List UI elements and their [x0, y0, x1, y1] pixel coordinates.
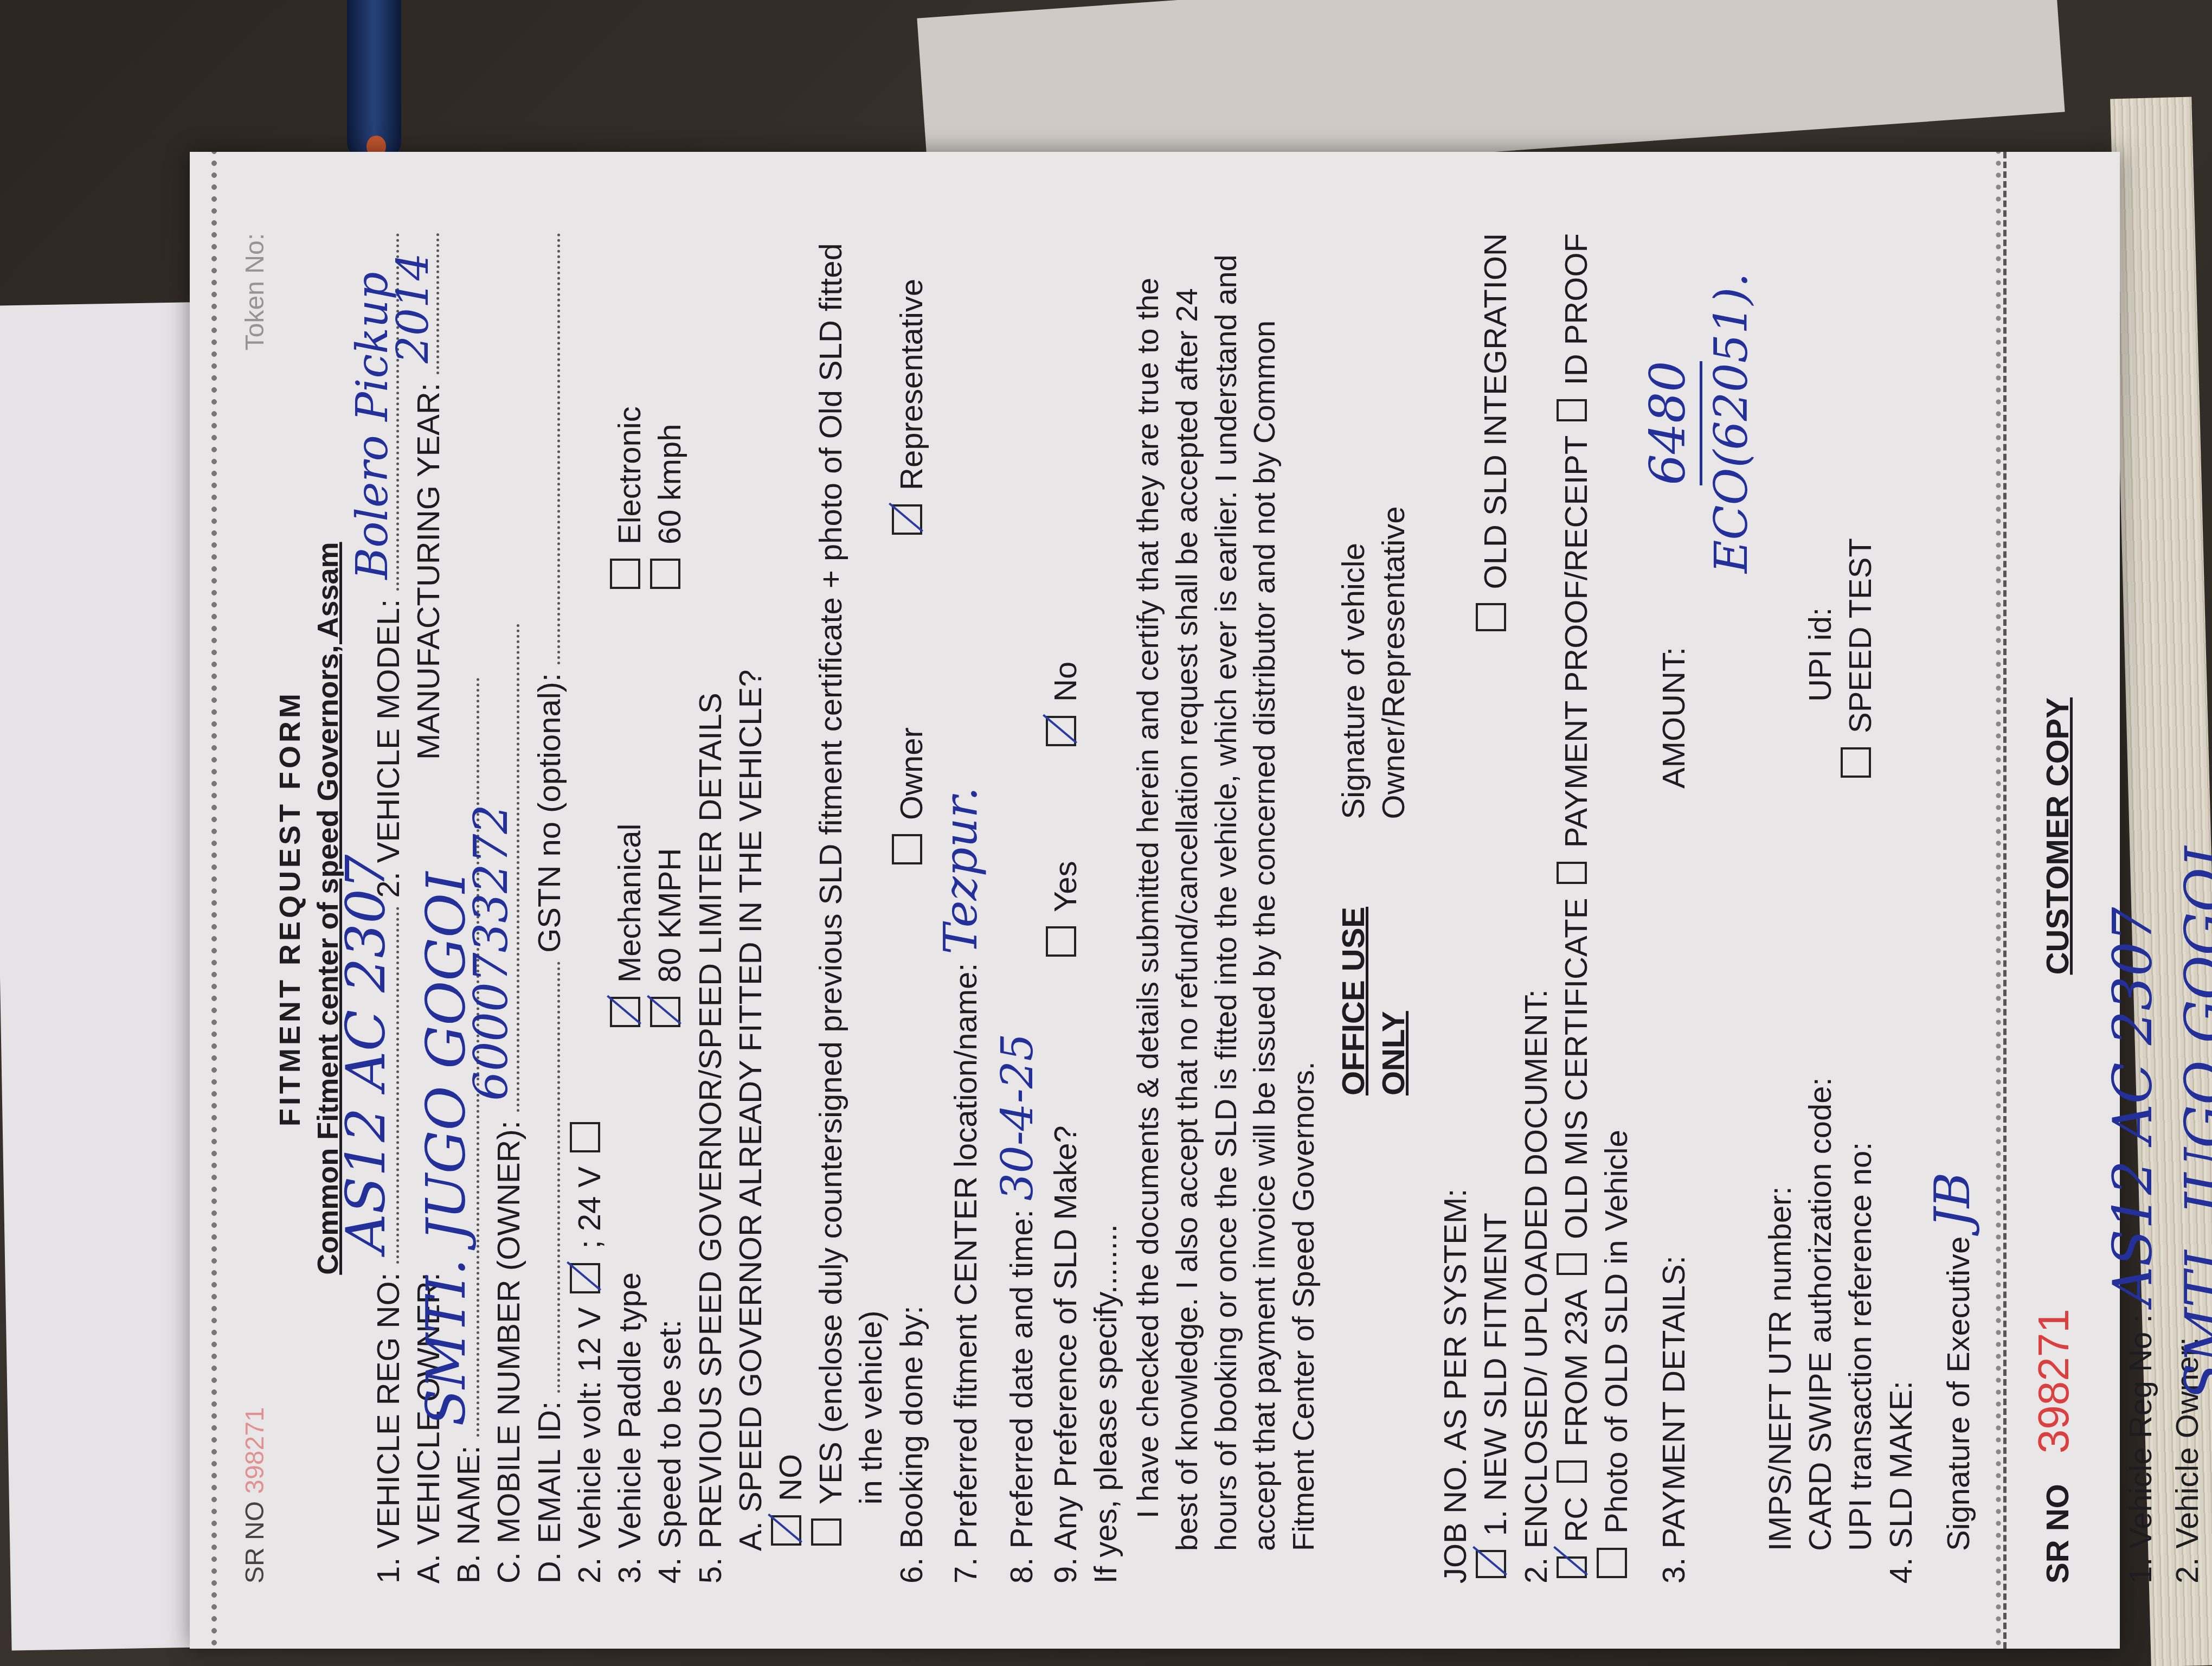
form-header: SR NO 398271 Token No: [239, 233, 272, 1584]
office-use-heading: OFFICE USE ONLY [1334, 819, 1414, 1095]
checkbox-electronic[interactable] [610, 559, 640, 589]
customer-copy-header: SR NO 398271 CUSTOMER COPY [2026, 233, 2081, 1584]
booking-label: 6. Booking done by: [892, 879, 932, 1584]
sr-number: 398271 [241, 1407, 269, 1494]
amount-value-block: 6480 ECO(62051). [1637, 273, 1760, 573]
cc-name-label: A. Name: [2208, 1420, 2212, 1551]
opt-yes-label: YES (enclose duly countersigned previous… [811, 233, 891, 1504]
checkbox-pref-no[interactable] [1046, 716, 1076, 746]
mobile-label: C. MOBILE NUMBER (OWNER): [489, 1120, 529, 1584]
amount-note: ECO(62051). [1702, 273, 1761, 573]
photo-old-label: Photo of OLD SLD in Vehicle [1597, 1130, 1637, 1534]
checkbox-form23a[interactable] [1557, 1461, 1587, 1483]
doc-rc: RC [1557, 1497, 1597, 1542]
checkbox-no[interactable] [771, 1515, 801, 1546]
form-title: FITMENT REQUEST FORM [272, 233, 309, 1584]
pref-label: 9. Any Preference of SLD Make? [1046, 971, 1086, 1584]
cc-reg-value: AS12 AC 2307 [2098, 907, 2168, 1306]
booking-row: 6. Booking done by: Owner Representative [892, 233, 932, 1584]
date-row: 8. Preferred date and time: 30-4-25 [990, 233, 1045, 1584]
reg-label: 1. VEHICLE REG NO: [369, 1272, 409, 1584]
office-sig-row: OFFICE USE ONLY Signature of vehicle Own… [1334, 233, 1414, 1584]
sr-number-block: SR NO 398271 [239, 1407, 272, 1584]
speed-row: 4. Speed to be set: 80 KMPH 60 kmph [650, 233, 690, 1584]
checkbox-yes[interactable] [811, 1518, 841, 1546]
model-label: 2. VEHICLE MODEL: [369, 599, 409, 898]
upi-id-label: UPI id: [1801, 607, 1841, 702]
speed-60-label: 60 kmph [650, 424, 690, 544]
checkbox-mechanical[interactable] [610, 997, 640, 1027]
checkbox-payment-proof[interactable] [1557, 862, 1587, 883]
date-value: 30-4-25 [990, 1033, 1045, 1201]
opt-no-row: NO [771, 233, 811, 1584]
card-row: CARD SWIPE authorization code: UPI id: [1801, 233, 1841, 1584]
center-label: 7. Preferred fitment CENTER location/nam… [946, 963, 986, 1584]
mechanical-label: Mechanical [610, 603, 650, 983]
declaration-text: I have checked the documents & details s… [1128, 233, 1322, 1551]
question-already-fitted: A. SPEED GOVERNOR ALREADY FITTED IN THE … [731, 233, 771, 1584]
mfg-value: 2014 [385, 253, 441, 363]
name-label: B. NAME: [449, 1445, 489, 1584]
sr-label: SR NO [241, 1501, 269, 1584]
owner-option-label: Owner [892, 549, 932, 820]
doc-form23a: FROM 23A [1557, 1289, 1597, 1446]
doc-payment-proof: PAYMENT PROOF/RECEIPT [1557, 435, 1597, 848]
tear-line[interactable] [2003, 152, 2007, 1649]
volt-row: 2. Vehicle volt: 12 V ; 24 V [570, 233, 610, 1584]
job-number-label: JOB NO. AS PER SYSTEM: [1436, 233, 1476, 1584]
pref-row: 9. Any Preference of SLD Make? Yes No [1046, 233, 1086, 1584]
paddle-label: 3. Vehicle Paddle type [610, 1041, 650, 1584]
reg-row: 1. VEHICLE REG NO: AS12 AC 2307 2. VEHIC… [369, 233, 409, 1584]
prev-governor-heading: 5. PREVIOUS SPEED GOVERNOR/SPEED LIMITER… [691, 233, 731, 1584]
upi-row: UPI transaction reference no: SPEED TEST [1841, 233, 1881, 1584]
speed-80-label: 80 KMPH [650, 603, 690, 983]
checkbox-old-integration[interactable] [1476, 603, 1506, 631]
imps-label: IMPS/NEFT UTR number: [1760, 233, 1801, 1584]
customer-copy-heading: CUSTOMER COPY [2038, 697, 2078, 975]
mfg-label: MANUFACTURING YEAR: [409, 383, 449, 760]
center-value: Tezpur. [932, 787, 991, 954]
checkbox-id-proof[interactable] [1557, 399, 1587, 421]
pref-no-label: No [1046, 662, 1086, 702]
doc-old-mis: OLD MIS CERTIFICATE [1557, 898, 1597, 1239]
specify-line: If yes, please specify........ [1086, 233, 1126, 1584]
paddle-row: 3. Vehicle Paddle type Mechanical Electr… [610, 233, 650, 1584]
cc-sr-label: SR NO [2038, 1484, 2078, 1584]
sld-make-label: 4. SLD MAKE: [1881, 233, 1921, 1584]
checkbox-12v[interactable] [570, 1263, 600, 1293]
email-field[interactable] [557, 962, 560, 1393]
amount-value: 6480 [1637, 361, 1702, 485]
cc-reg-row: 1. Vehicle Reg No : AS12 AC 2307 [2098, 233, 2168, 1584]
exec-sig-row: Signature of Executive JB [1921, 233, 1984, 1584]
old-integration-label: OLD SLD INTEGRATION [1476, 233, 1516, 589]
docs-row: RC FROM 23A OLD MIS CERTIFICATE PAYMENT … [1557, 233, 1597, 1584]
center-row: 7. Preferred fitment CENTER location/nam… [932, 233, 991, 1584]
payment-label: 3. PAYMENT DETAILS: [1654, 797, 1694, 1584]
gstn-label: GSTN no (optional): [530, 673, 570, 953]
photo-row: Photo of OLD SLD in Vehicle [1597, 233, 1637, 1584]
date-label: 8. Preferred date and time: [1002, 1209, 1042, 1584]
mfg-field[interactable]: 2014 [436, 233, 439, 374]
checkbox-photo-old[interactable] [1597, 1548, 1627, 1578]
owner-signature-label: Signature of vehicle Owner/Representativ… [1334, 233, 1414, 819]
cc-reg-label: 1. Vehicle Reg No : [2121, 1314, 2161, 1584]
checkbox-speed-test-office[interactable] [1841, 747, 1871, 778]
checkbox-60kmph[interactable] [650, 559, 680, 589]
reg-field[interactable]: AS12 AC 2307 [396, 907, 399, 1264]
payment-row: 3. PAYMENT DETAILS: AMOUNT: 6480 ECO(620… [1637, 233, 1760, 1584]
checkbox-rc[interactable] [1557, 1556, 1587, 1578]
checkbox-24v[interactable] [570, 1122, 600, 1152]
opt-yes-row: YES (enclose duly countersigned previous… [811, 233, 891, 1584]
mobile-value: 6000733272 [461, 804, 521, 1101]
speed-test-office-label: SPEED TEST [1841, 538, 1881, 733]
cc-name-row: A. Name: SMTI. JUGO GOGOI [2208, 233, 2212, 1584]
doc-id-proof: ID PROOF [1557, 233, 1597, 385]
exec-signature: JB [1921, 1172, 1984, 1227]
upi-ref-label: UPI transaction reference no: [1841, 792, 1881, 1551]
cc-sr-number: 398271 [2026, 1309, 2081, 1453]
gstn-field[interactable] [557, 233, 560, 664]
card-label: CARD SWIPE authorization code: [1801, 710, 1841, 1551]
checkbox-representative[interactable] [892, 504, 922, 535]
opt-no-label: NO [771, 1454, 811, 1501]
cc-name-value: SMTI. JUGO GOGOI [2170, 846, 2212, 1400]
email-row: D. EMAIL ID: GSTN no (optional): [530, 233, 570, 1584]
checkbox-owner[interactable] [892, 834, 922, 864]
speed-label: 4. Speed to be set: [650, 1041, 690, 1584]
form-sheet-container: SR NO 398271 Token No: FITMENT REQUEST F… [163, 141, 2147, 1659]
enclosed-doc-label: 2. ENCLOSED/ UPLOADED DOCUMENT: [1516, 233, 1557, 1584]
checkbox-80kmph[interactable] [650, 997, 680, 1027]
fitment-request-form: SR NO 398271 Token No: FITMENT REQUEST F… [190, 152, 2120, 1649]
mobile-row: C. MOBILE NUMBER (OWNER): 6000733272 [489, 233, 529, 1584]
reg-value: AS12 AC 2307 [331, 855, 401, 1253]
new-sld-label: 1. NEW SLD FITMENT [1476, 645, 1516, 1536]
pref-yes-label: Yes [1046, 760, 1086, 912]
email-label: D. EMAIL ID: [530, 1401, 570, 1584]
electronic-label: Electronic [610, 406, 650, 544]
checkbox-old-mis[interactable] [1557, 1253, 1587, 1275]
perforation-top [210, 152, 218, 1649]
checkbox-new-sld[interactable] [1476, 1550, 1506, 1578]
amount-label: AMOUNT: [1654, 647, 1694, 789]
exec-signature-label: Signature of Executive [1939, 1236, 1979, 1551]
volt-label: 2. Vehicle volt: 12 V [570, 1308, 610, 1584]
checkbox-pref-yes[interactable] [1046, 926, 1076, 957]
token-label: Token No: [239, 233, 272, 350]
fitment-type-row: 1. NEW SLD FITMENT OLD SLD INTEGRATION [1476, 233, 1516, 1584]
volt-24-label: ; 24 V [570, 1167, 610, 1249]
mobile-field[interactable]: 6000733272 [517, 624, 519, 1112]
representative-option-label: Representative [892, 279, 932, 490]
